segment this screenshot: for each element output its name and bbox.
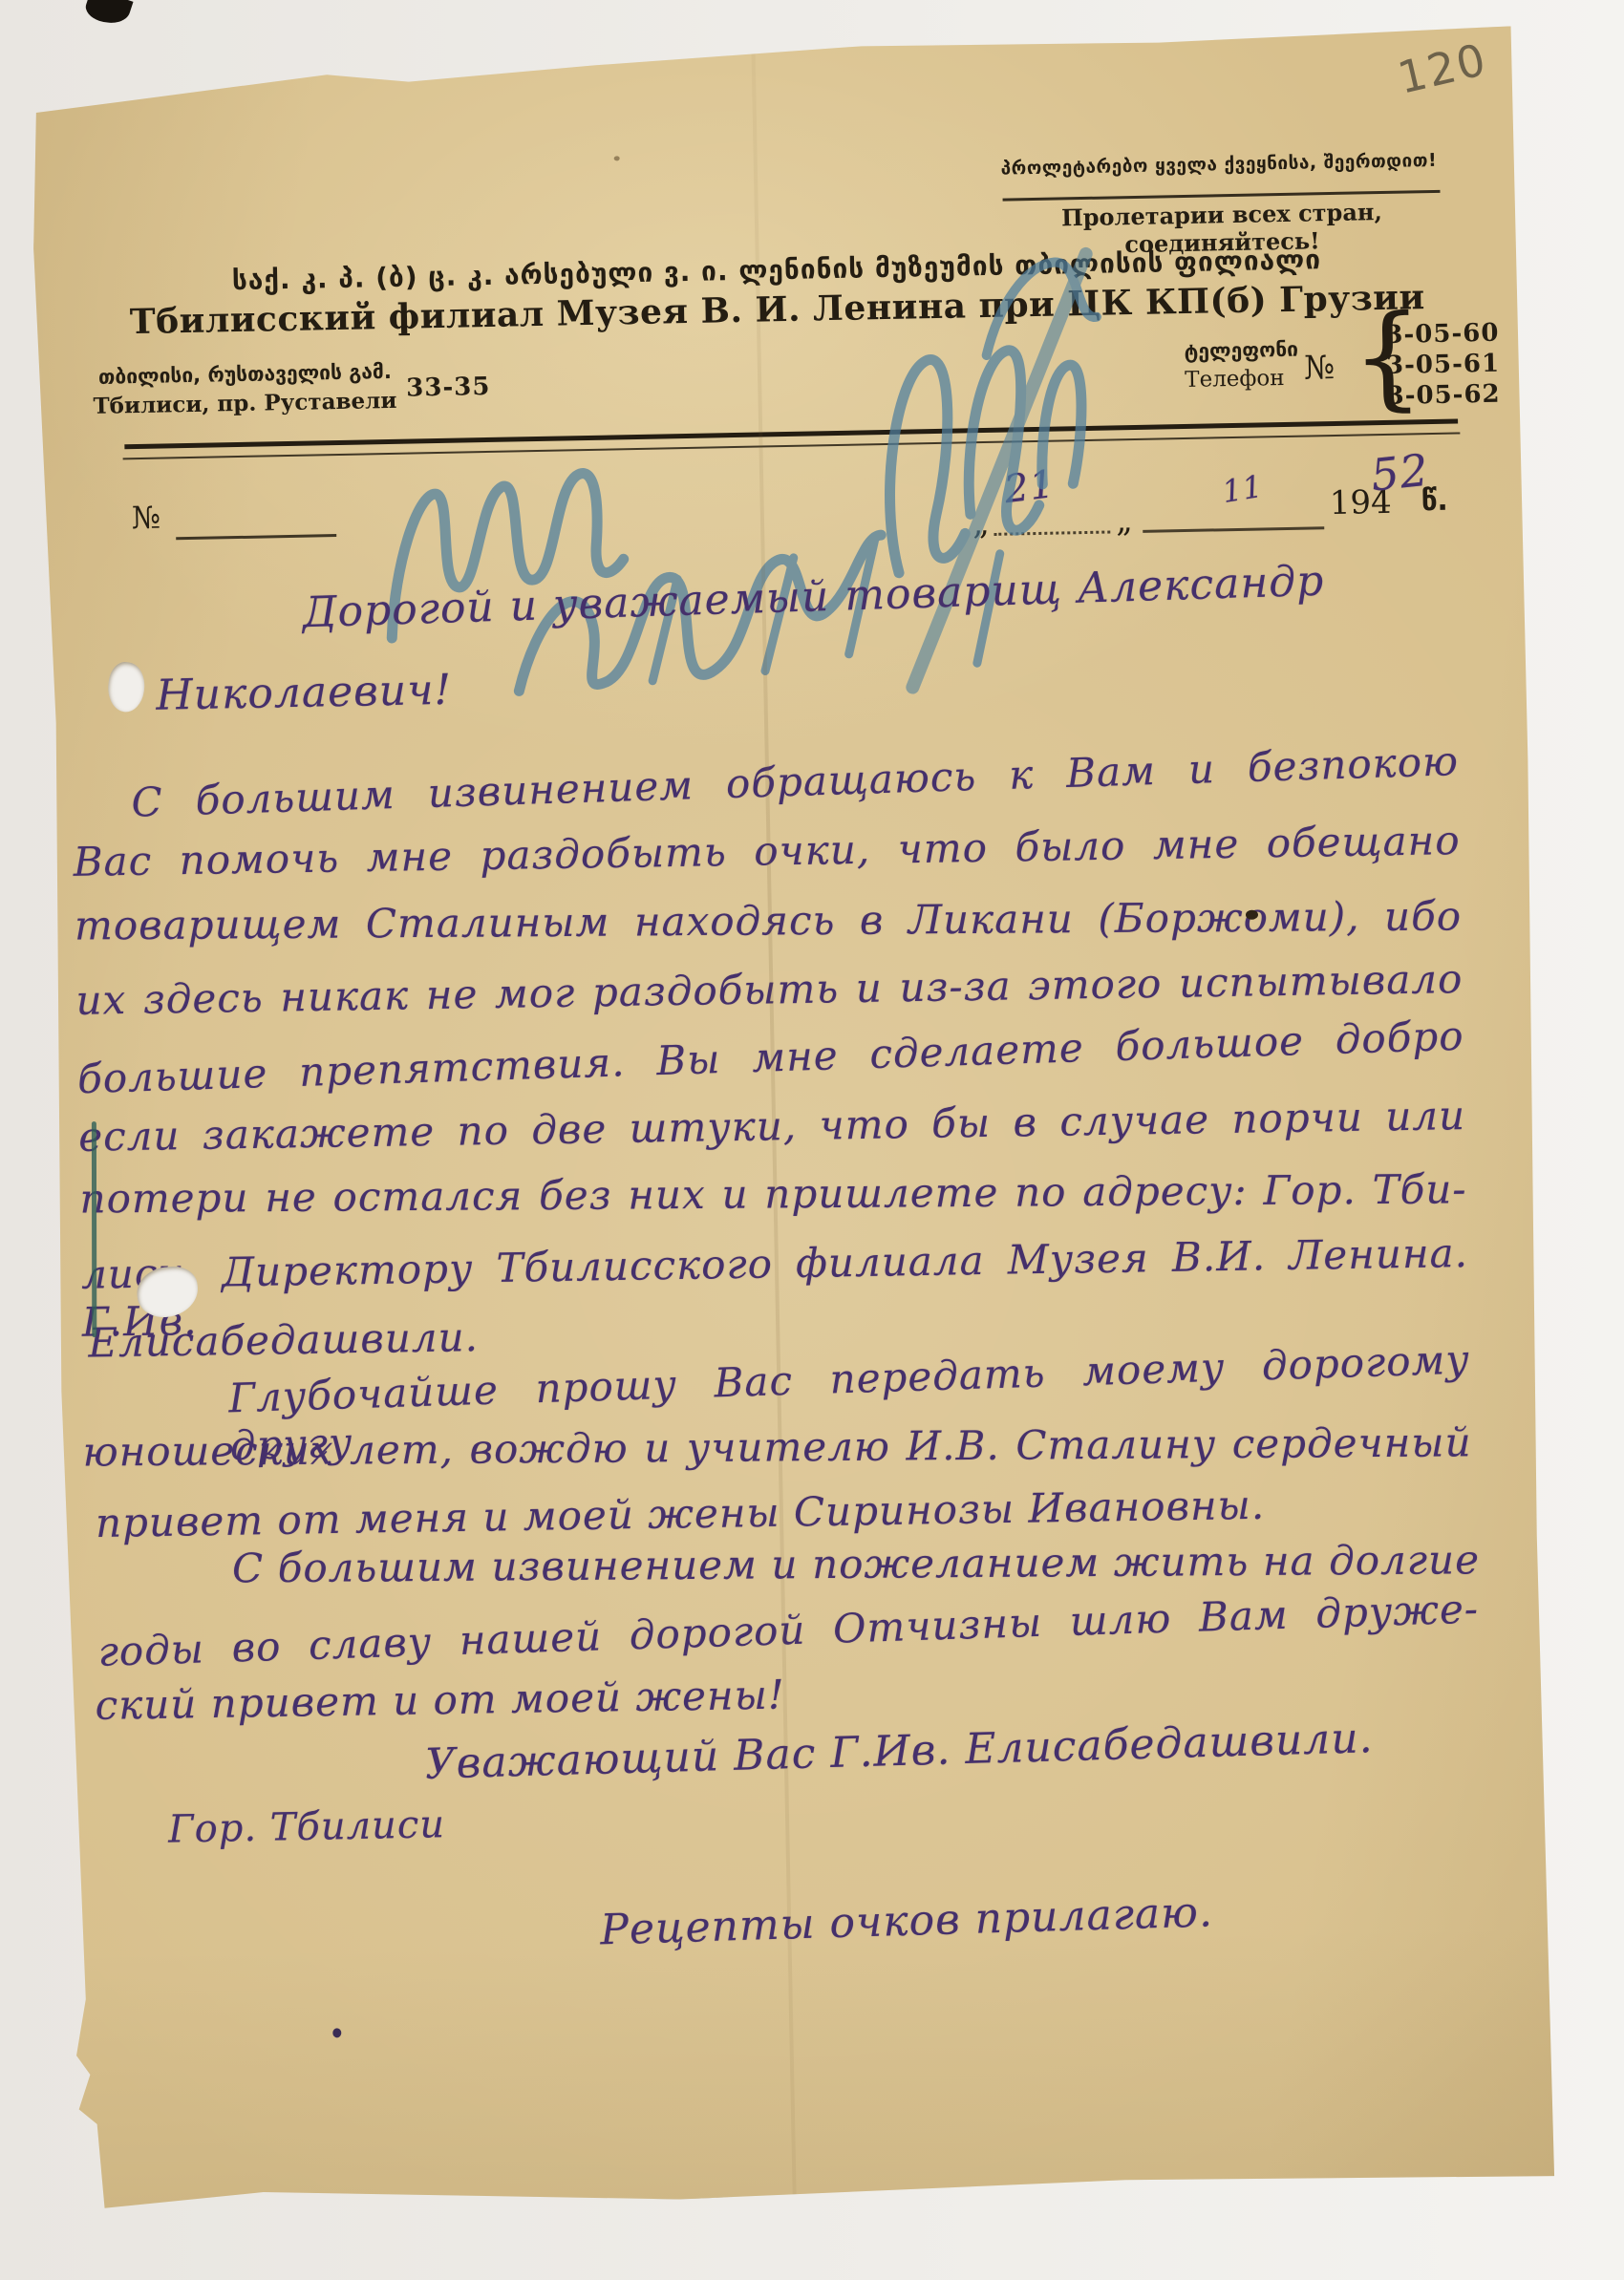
date-year-suffix: წ. — [1421, 484, 1448, 519]
postscript-line: Рецепты очков прилагаю. — [600, 1887, 1214, 1954]
body-line: С большим извинением и пожеланием жить н… — [232, 1536, 1480, 1593]
body-line: ский привет и от моей жены! — [95, 1672, 785, 1731]
scan-artifact — [82, 0, 133, 29]
address-georgian: თბილისი, რუსთაველის გამ. — [98, 360, 392, 389]
phone-label-russian: Телефон — [1185, 366, 1285, 393]
ink-speck — [332, 2028, 341, 2037]
phone-number: 3-05-60 — [1385, 319, 1500, 350]
slogan-georgian: პროლეტარებო ყველა ქვეყნისა, შეერთდით! — [989, 150, 1449, 180]
address-number: 33-35 — [406, 373, 491, 403]
scan-background: 120 პროლეტარებო ყველა ქვეყნისა, შეერთდით… — [0, 0, 1624, 2280]
phone-number-sign: № — [1304, 349, 1336, 388]
doc-number-sign: № — [131, 500, 160, 537]
margin-pencil-mark — [92, 1121, 96, 1337]
doc-number-line — [176, 501, 337, 540]
body-line: привет от меня и моей жены Сиринозы Иван… — [96, 1481, 1266, 1548]
body-line: Елисабедашвили. — [88, 1313, 479, 1368]
ink-speck — [614, 156, 620, 160]
punch-hole — [105, 660, 148, 714]
date-month-handwritten: 11 — [1220, 468, 1266, 510]
body-line: С большим извинением обращаюсь к Вам и б… — [131, 737, 1460, 827]
phone-number: 3-05-62 — [1386, 380, 1501, 411]
phone-number: 3-05-61 — [1386, 350, 1501, 380]
archive-page-number: 120 — [1393, 33, 1492, 104]
signature-line: Уважающий Вас Г.Ив. Елисабедашвили. — [424, 1714, 1374, 1789]
date-day-handwritten: 21 — [1002, 462, 1058, 512]
salutation-line: Николаевич! — [156, 666, 453, 722]
salutation-line: Дорогой и уважаемый товарищ Александр — [302, 557, 1325, 639]
letter-paper: 120 პროლეტარებო ყველა ქვეყნისა, შეერთდით… — [29, 26, 1556, 2210]
body-line: годы во славу нашей дорогой Отчизны шлю … — [97, 1585, 1480, 1676]
phone-label-georgian: ტელეფონი — [1184, 338, 1298, 363]
date-quote-open: „ — [972, 504, 990, 543]
date-quote-close: „ — [1116, 501, 1133, 540]
address-russian: Тбилиси, пр. Руставели — [93, 388, 396, 419]
place-line: Гор. Тбилиси — [168, 1802, 446, 1852]
